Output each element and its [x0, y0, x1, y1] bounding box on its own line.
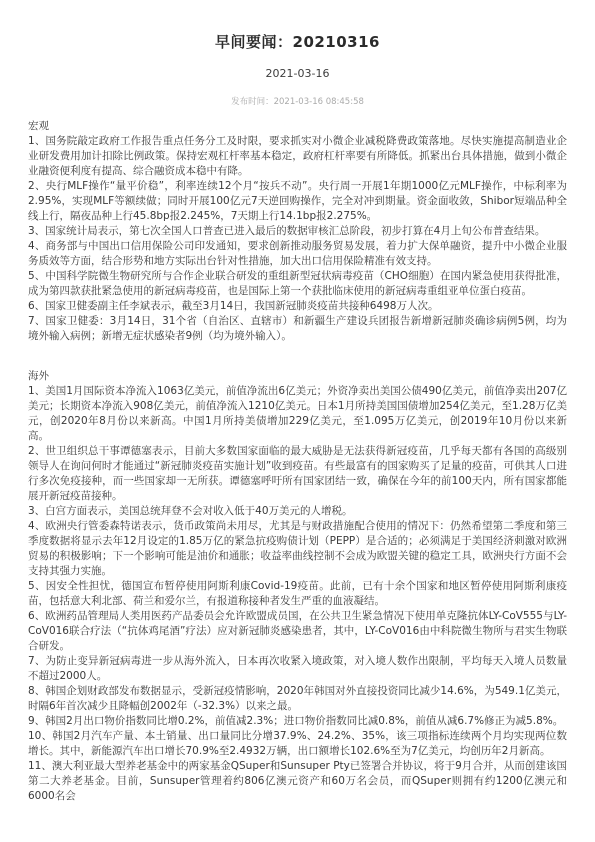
document-page: 早间要闻：20210316 2021-03-16 发布时间：2021-03-16… — [0, 0, 595, 842]
news-item: 9、韩国2月出口物价指数同比增0.2%，前值减2.3%；进口物价指数同比减0.8… — [28, 714, 567, 729]
news-item: 2、央行MLF操作“量平价稳”，利率连续12个月“按兵不动”。央行周一开展1年期… — [28, 179, 567, 224]
document-body: 宏观 1、国务院敲定政府工作报告重点任务分工及时限，要求抓实对小微企业减税降费政… — [28, 119, 567, 804]
news-item: 2、世卫组织总干事谭德塞表示，目前大多数国家面临的最大威胁是无法获得新冠疫苗，几… — [28, 444, 567, 504]
news-item: 3、白宫方面表示，美国总统拜登不会对收入低于40万美元的人增税。 — [28, 504, 567, 519]
news-item: 8、韩国企划财政部发布数据显示，受新冠疫情影响，2020年韩国对外直接投资同比减… — [28, 684, 567, 714]
document-date: 2021-03-16 — [0, 67, 595, 80]
news-item: 5、中国科学院微生物研究所与合作企业联合研发的重组新型冠状病毒疫苗（CHO细胞）… — [28, 269, 567, 299]
news-item: 4、商务部与中国出口信用保险公司印发通知，要求创新推动服务贸易发展，着力扩大保单… — [28, 239, 567, 269]
news-item: 11、澳大利亚最大型养老基金中的两家基金QSuper和Sunsuper Pty已… — [28, 759, 567, 804]
news-item: 6、国家卫健委副主任李斌表示，截至3月14日，我国新冠肺炎疫苗共接种6498万人… — [28, 299, 567, 314]
news-item: 1、国务院敲定政府工作报告重点任务分工及时限，要求抓实对小微企业减税降费政策落地… — [28, 134, 567, 179]
section-overseas-heading: 海外 — [28, 369, 567, 384]
section-overseas: 海外 1、美国1月国际资本净流入1063亿美元，前值净流出6亿美元；外资净卖出美… — [28, 369, 567, 804]
news-item: 5、因安全性担忧，德国宣布暂停使用阿斯利康Covid-19疫苗。此前，已有十余个… — [28, 579, 567, 609]
page-title: 早间要闻：20210316 — [0, 0, 595, 52]
news-item: 4、欧洲央行管委森特诺表示，货币政策尚未用尽，尤其是与财政措施配合使用的情况下：… — [28, 519, 567, 579]
publish-time: 发布时间：2021-03-16 08:45:58 — [0, 95, 595, 107]
section-macro: 宏观 1、国务院敲定政府工作报告重点任务分工及时限，要求抓实对小微企业减税降费政… — [28, 119, 567, 344]
news-item: 7、国家卫健委：3月14日，31个省（自治区、直辖市）和新疆生产建设兵团报告新增… — [28, 314, 567, 344]
section-macro-heading: 宏观 — [28, 119, 567, 134]
news-item: 1、美国1月国际资本净流入1063亿美元，前值净流出6亿美元；外资净卖出美国公债… — [28, 384, 567, 444]
news-item: 10、韩国2月汽车产量、本土销量、出口量同比分增37.9%、24.2%、35%，… — [28, 729, 567, 759]
news-item: 7、为防止变异新冠病毒进一步从海外流入，日本再次收紧入境政策，对入境人数作出限制… — [28, 654, 567, 684]
news-item: 6、欧洲药品管理局人类用医药产品委员会允许欧盟成员国，在公共卫生紧急情况下使用单… — [28, 609, 567, 654]
news-item: 3、国家统计局表示，第七次全国人口普查已进入最后的数据审核汇总阶段，初步打算在4… — [28, 224, 567, 239]
